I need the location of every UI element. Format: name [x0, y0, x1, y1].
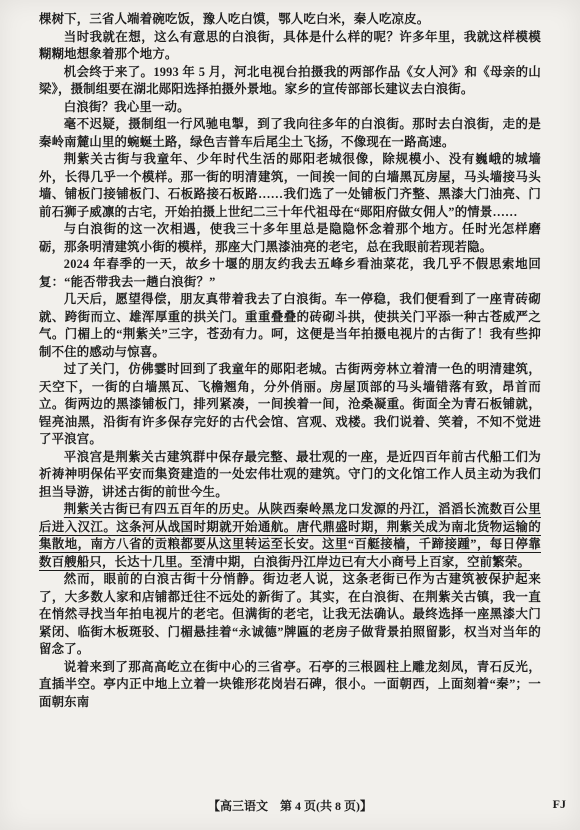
paragraph: 当时我就在想，这么有意思的白浪街，具体是什么样的呢？许多年里，我就这样模模糊糊地…	[39, 29, 541, 64]
paragraph: 棵树下，三省人端着碗吃饭，豫人吃白馍，鄂人吃白米，秦人吃凉皮。	[39, 11, 541, 29]
paragraph: 机会终于来了。1993 年 5 月，河北电视台拍摄我的两部作品《女人河》和《母亲…	[39, 64, 541, 99]
paragraph: 几天后，愿望得偿，朋友真带着我去了白浪街。车一停稳，我们便看到了一座青砖砌就、跨…	[39, 291, 541, 361]
paragraph: 荆紫关古街与我童年、少年时代生活的郧阳老城很像，除规模小、没有巍峨的城墙外，长得…	[39, 151, 541, 221]
paragraph: 2024 年春季的一天，故乡十堰的朋友约我去五峰乡看油菜花，我几乎不假思索地回复…	[39, 256, 541, 291]
passage: 棵树下，三省人端着碗吃饭，豫人吃白馍，鄂人吃白米，秦人吃凉皮。当时我就在想，这么…	[39, 0, 541, 711]
underlined-paragraph: 荆紫关古街已有四五百年的历史。从陕西秦岭黑龙口发源的丹江，滔滔长流数百公里后进入…	[39, 501, 541, 571]
page-footer: 【高三语文 第 4 页(共 8 页)】 FJ	[0, 797, 580, 814]
exam-page: 棵树下，三省人端着碗吃饭，豫人吃白馍，鄂人吃白米，秦人吃凉皮。当时我就在想，这么…	[0, 0, 580, 830]
paragraph: 说着来到了那高高屹立在街中心的三省亭。石亭的三根圆柱上雕龙刻凤，青石反光，直插半…	[39, 659, 541, 712]
paragraph: 与白浪街的这一次相遇，使我三十多年里总是隐隐怀念着那个地方。任时光怎样磨砺，那条…	[39, 221, 541, 256]
paragraph: 过了关门，仿佛霎时回到了我童年的郧阳老城。古街两旁林立着清一色的明清建筑，天空下…	[39, 361, 541, 449]
footer-code: FJ	[553, 797, 566, 812]
paragraph: 白浪街？我心里一动。	[39, 99, 541, 117]
footer-page-label: 【高三语文 第 4 页(共 8 页)】	[208, 799, 372, 813]
paragraph: 然而，眼前的白浪古街十分悄静。街边老人说，这条老街已作为古建筑被保护起来了，大多…	[39, 571, 541, 659]
paragraph: 平浪宫是荆紫关古建筑群中保存最完整、最壮观的一座，是近四百年前古代船工们为祈祷神…	[39, 449, 541, 502]
paragraph: 毫不迟疑，摄制组一行风驰电掣，到了我向往多年的白浪街。那时去白浪街，走的是秦岭南…	[39, 116, 541, 151]
